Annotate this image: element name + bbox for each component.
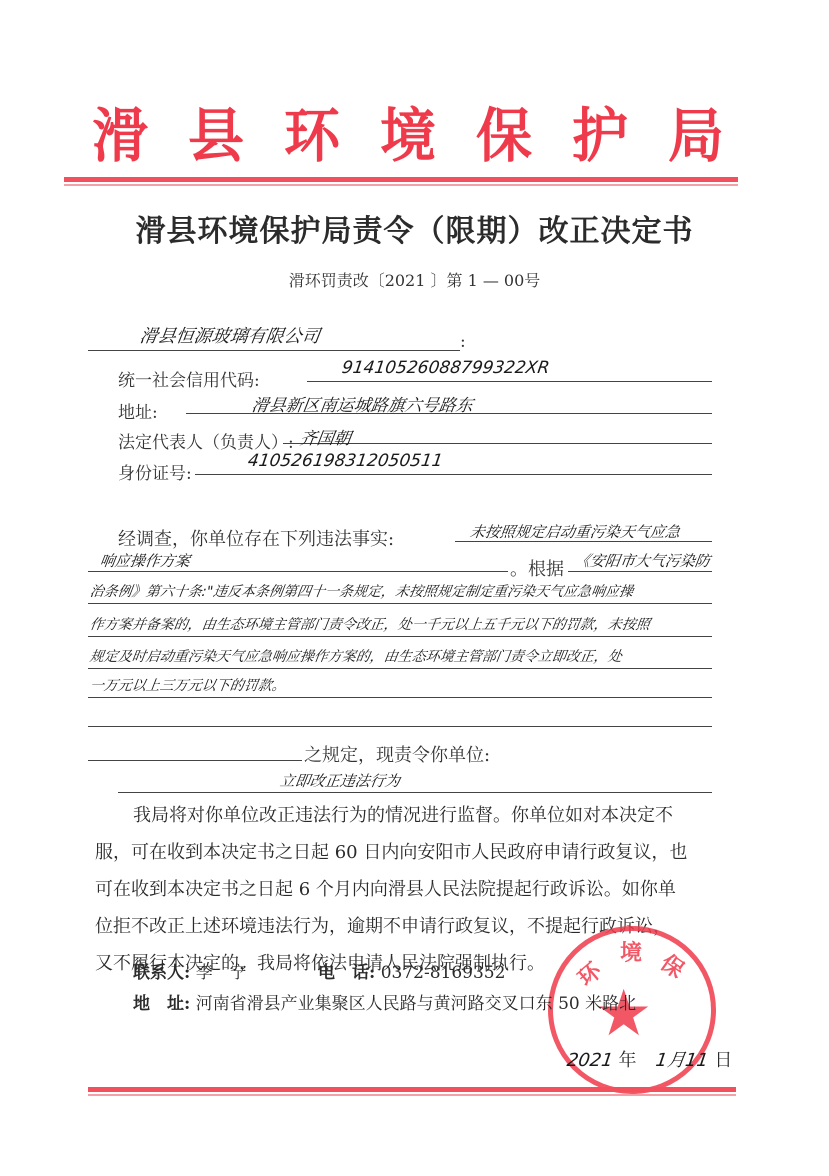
date-year-label: 年 xyxy=(619,1050,637,1071)
masthead-char: 局 xyxy=(664,90,728,174)
id-number-underline xyxy=(195,474,712,475)
credit-code-value: 91410526088799322XR xyxy=(341,358,551,378)
contact-person: 联系人: 李 宁 xyxy=(133,958,247,983)
provision-suffix: 之规定，现责令你单位: xyxy=(304,741,490,767)
contact-person-label: 联系人: xyxy=(133,963,190,983)
address-label: 地址: xyxy=(118,398,158,423)
legal-rep-value: 齐国朝 xyxy=(298,424,353,449)
masthead-char: 保 xyxy=(472,90,536,174)
blank-underline xyxy=(88,726,712,727)
contact-phone: 电 话: 0372-8169352 xyxy=(318,958,505,983)
contact-person-value: 李 宁 xyxy=(196,963,247,983)
violation-text-2: 响应操作方案 xyxy=(99,550,192,571)
masthead-char: 护 xyxy=(568,90,632,174)
masthead-char: 滑 xyxy=(88,90,152,174)
id-number-value: 410526198312050511 xyxy=(247,451,444,471)
basis-text-4: 规定及时启动重污染天气应急响应操作方案的，由生态环境主管部门责令立即改正，处 xyxy=(89,646,624,666)
document-title: 滑县环境保护局责令（限期）改正决定书 xyxy=(0,206,829,250)
credit-code-label: 统一社会信用代码: xyxy=(118,366,260,391)
violation-underline-2 xyxy=(88,571,508,572)
basis-underline-3 xyxy=(88,636,712,637)
provision-underline xyxy=(88,760,302,761)
basis-underline-4 xyxy=(88,668,712,669)
order-underline xyxy=(118,792,712,793)
basis-underline-5 xyxy=(88,697,712,698)
date-day-label: 日 xyxy=(714,1050,732,1071)
company-colon: : xyxy=(460,332,466,352)
basis-text-2: 治条例》第六十条:"违反本条例第四十一条规定，未按照规定制定重污染天气应急响应操 xyxy=(89,581,635,601)
violation-text-1: 未按照规定启动重污染天气应急 xyxy=(469,521,682,542)
legal-rep-label: 法定代表人（负责人）: xyxy=(118,428,294,453)
document-number: 滑环罚责改〔2021 〕第 1 — 00号 xyxy=(0,268,829,291)
basis-label: 。根据 xyxy=(510,555,564,581)
id-number-label: 身份证号: xyxy=(118,459,192,484)
basis-underline-2 xyxy=(88,603,712,604)
notice-line: 可在收到本决定书之日起 6 个月内向滑县人民法院提起行政诉讼。如你单 xyxy=(95,871,715,908)
header-red-rule-thin xyxy=(64,184,738,186)
footer-red-rule xyxy=(88,1087,736,1092)
contact-address-value: 河南省滑县产业集聚区人民路与黄河路交叉口东 50 米路北 xyxy=(196,994,636,1014)
contact-phone-value: 0372-8169352 xyxy=(381,963,506,983)
address-value: 滑县新区南运城路旗六号路东 xyxy=(250,391,475,416)
facts-intro: 经调查，你单位存在下列违法事实: xyxy=(118,525,394,551)
signature-date: 2021 年 1月11 日 xyxy=(567,1046,732,1072)
order-text: 立即改正违法行为 xyxy=(279,770,402,791)
masthead-char: 县 xyxy=(184,90,248,174)
contact-address-label: 地 址: xyxy=(133,994,190,1014)
credit-code-underline xyxy=(307,381,712,382)
masthead-char: 环 xyxy=(280,90,344,174)
agency-masthead: 滑 县 环 境 保 护 局 xyxy=(88,92,728,172)
notice-line: 我局将对你单位改正违法行为的情况进行监督。你单位如对本决定不 xyxy=(95,797,715,834)
basis-text-3: 作方案并备案的，由生态环境主管部门责令改正，处一千元以上五千元以下的罚款，未按照 xyxy=(89,614,652,634)
company-name: 滑县恒源玻璃有限公司 xyxy=(138,322,322,348)
basis-text-5: 一万元以上三万元以下的罚款。 xyxy=(89,675,288,695)
contact-phone-label: 电 话: xyxy=(318,963,375,983)
basis-text-1: 《安阳市大气污染防 xyxy=(574,550,712,571)
company-underline xyxy=(88,350,460,351)
footer-red-rule-thin xyxy=(88,1094,736,1096)
basis-underline-1 xyxy=(568,571,712,572)
header-red-rule xyxy=(64,177,738,182)
masthead-char: 境 xyxy=(376,90,440,174)
notice-line: 服，可在收到本决定书之日起 60 日内向安阳市人民政府申请行政复议，也 xyxy=(95,834,715,871)
date-year: 2021 xyxy=(566,1050,615,1071)
date-month-day: 1月11 xyxy=(654,1046,710,1072)
seal-char: 境 xyxy=(620,936,642,967)
contact-address: 地 址: 河南省滑县产业集聚区人民路与黄河路交叉口东 50 米路北 xyxy=(133,989,636,1014)
